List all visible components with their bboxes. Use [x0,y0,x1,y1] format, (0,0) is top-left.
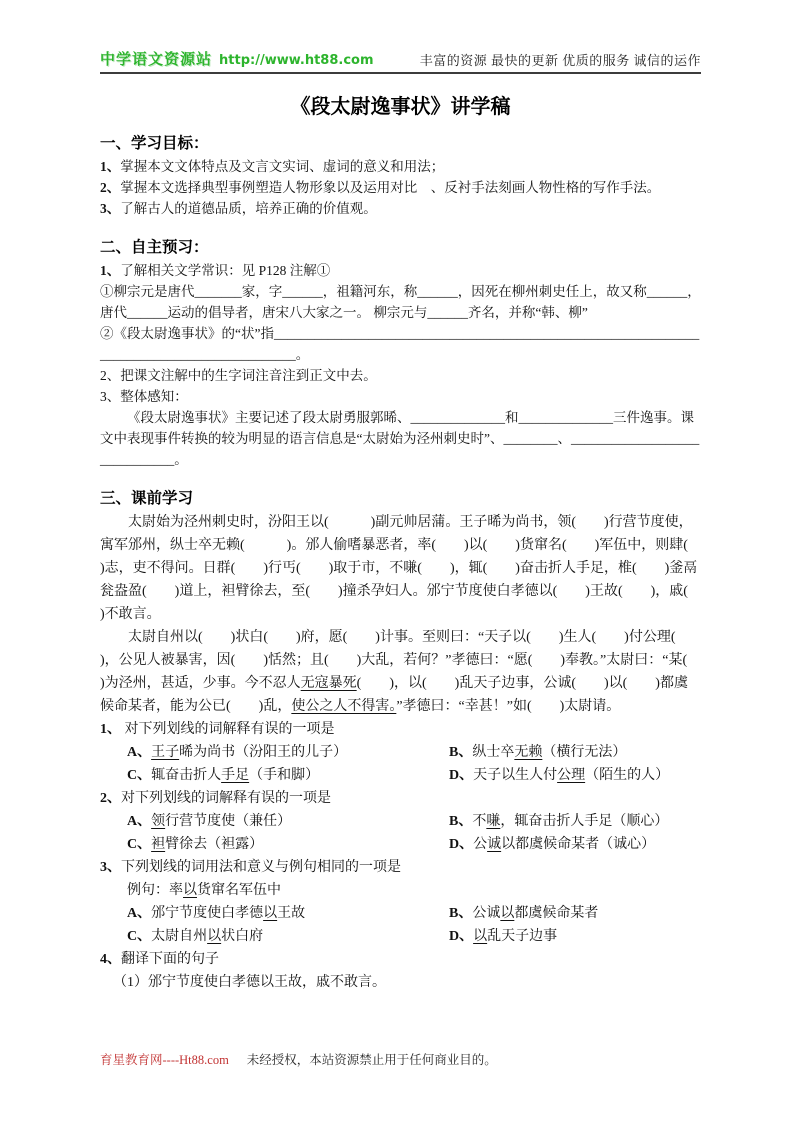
page-header: 中学语文资源站 http://www.ht88.com 丰富的资源 最快的更新 … [100,48,701,74]
goal-item-2: 2、掌握本文选择典型事例塑造人物形象以及运用对比 、反衬手法刻画人物性格的写作手… [100,177,701,198]
question-1: 1、 对下列划线的词解释有误的一项是 A、王子晞为尚书（汾阳王的儿子） B、纵士… [100,718,701,787]
option-c: C、袒臂徐去（袒露） [127,833,449,856]
question-4-sentence-1: （1）邠宁节度使白孝德以王故，戚不敢言。 [100,971,701,994]
preview-blank-liuzongyuan: ①柳宗元是唐代_______家，字______，祖籍河东，称______，因死在… [100,281,701,323]
section-3-heading: 三、课前学习 [100,486,701,508]
preview-blank-zhuang: ②《段太尉逸事状》的“状”指__________________________… [100,323,701,365]
question-3-example: 例句：率以货窜名军伍中 [100,879,701,902]
question-1-options-row-2: C、辄奋击折人手足（手和脚） D、天子以生人付公理（陌生的人） [100,764,701,787]
preview-item-2: 2、把课文注解中的生字词注音注到正文中去。 [100,365,701,386]
option-b: B、纵士卒无赖（横行无法） [449,741,701,764]
question-3-options-row-1: A、邠宁节度使白孝德以王故 B、公诚以都虞候命某者 [100,902,701,925]
preview-item-3: 3、整体感知： [100,386,701,407]
question-3-stem: 3、下列划线的词用法和意义与例句相同的一项是 [100,856,701,879]
option-c: C、太尉自州以状白府 [127,925,449,948]
question-4-stem: 4、翻译下面的句子 [100,948,701,971]
option-d: D、天子以生人付公理（陌生的人） [449,764,701,787]
passage-paragraph-1: 太尉始为泾州刺史时，汾阳王以( )副元帅居蒲。王子晞为尚书，领( )行营节度使，… [100,511,701,626]
preview-item-1: 1、了解相关文学常识：见 P128 注解① [100,260,701,281]
goal-item-1: 1、掌握本文文体特点及文言文实词、虚词的意义和用法； [100,156,701,177]
section-2-heading: 二、自主预习： [100,235,701,257]
question-1-stem: 1、 对下列划线的词解释有误的一项是 [100,718,701,741]
page-footer: 育星教育网----Ht88.com未经授权，本站资源禁止用于任何商业目的。 [100,1050,497,1068]
option-d: D、以乱天子边事 [449,925,701,948]
option-b: B、公诚以都虞候命某者 [449,902,701,925]
option-a: A、王子晞为尚书（汾阳王的儿子） [127,741,449,764]
question-3: 3、下列划线的词用法和意义与例句相同的一项是 例句：率以货窜名军伍中 A、邠宁节… [100,856,701,948]
question-2-stem: 2、对下列划线的词解释有误的一项是 [100,787,701,810]
document-body: 《段太尉逸事状》讲学稿 一、学习目标： 1、掌握本文文体特点及文言文实词、虚词的… [100,90,701,994]
option-a: A、领行营节度使（兼任） [127,810,449,833]
site-logo-text: 中学语文资源站 [100,48,212,69]
question-2-options-row-2: C、袒臂徐去（袒露） D、公诚以都虞候命某者（诚心） [100,833,701,856]
passage-paragraph-2: 太尉自州以( )状白( )府，愿( )计事。至则曰：“天子以( )生人( )付公… [100,626,701,718]
option-d: D、公诚以都虞候命某者（诚心） [449,833,701,856]
section-pre-class-study: 三、课前学习 太尉始为泾州刺史时，汾阳王以( )副元帅居蒲。王子晞为尚书，领( … [100,486,701,994]
page-title: 《段太尉逸事状》讲学稿 [100,90,701,119]
question-2: 2、对下列划线的词解释有误的一项是 A、领行营节度使（兼任） B、不嗛，辄奋击折… [100,787,701,856]
option-c: C、辄奋击折人手足（手和脚） [127,764,449,787]
goal-item-3: 3、了解古人的道德品质，培养正确的价值观。 [100,198,701,219]
footer-site-link[interactable]: 育星教育网----Ht88.com [100,1053,229,1067]
question-2-options-row-1: A、领行营节度使（兼任） B、不嗛，辄奋击折人手足（顺心） [100,810,701,833]
footer-copyright-note: 未经授权，本站资源禁止用于任何商业目的。 [247,1053,497,1067]
question-3-options-row-2: C、太尉自州以状白府 D、以乱天子边事 [100,925,701,948]
option-b: B、不嗛，辄奋击折人手足（顺心） [449,810,701,833]
option-a: A、邠宁节度使白孝德以王故 [127,902,449,925]
section-learning-goals: 一、学习目标： 1、掌握本文文体特点及文言文实词、虚词的意义和用法； 2、掌握本… [100,131,701,219]
worksheet-page: 中学语文资源站 http://www.ht88.com 丰富的资源 最快的更新 … [0,0,800,1132]
question-1-options-row-1: A、王子晞为尚书（汾阳王的儿子） B、纵士卒无赖（横行无法） [100,741,701,764]
overall-perception-paragraph: 《段太尉逸事状》主要记述了段太尉勇服郭晞、______________和____… [100,407,701,470]
site-logo-link[interactable]: 中学语文资源站 http://www.ht88.com [100,48,374,69]
header-tagline: 丰富的资源 最快的更新 优质的服务 诚信的运作 [420,50,701,69]
section-1-heading: 一、学习目标： [100,131,701,153]
section-self-preview: 二、自主预习： 1、了解相关文学常识：见 P128 注解① ①柳宗元是唐代___… [100,235,701,470]
question-4: 4、翻译下面的句子 （1）邠宁节度使白孝德以王故，戚不敢言。 [100,948,701,994]
site-logo-url: http://www.ht88.com [219,53,374,68]
